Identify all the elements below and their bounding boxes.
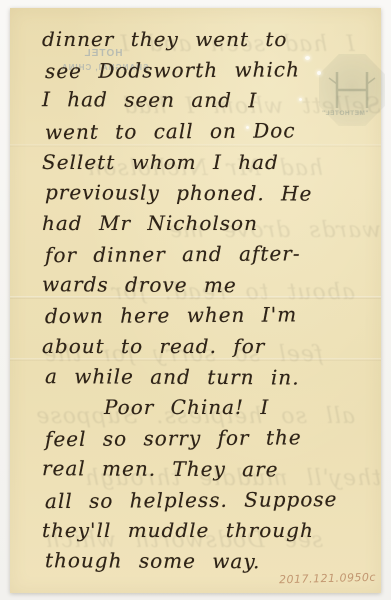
letter-photo: I had seen and I Sellett whom I had had … [0,0,391,600]
handwriting-line: went to call on Doc [45,115,367,148]
handwriting-line: Sellett whom I had [42,147,367,178]
handwriting-line: all so helpless. Suppose [45,483,367,516]
handwriting-line: about to read. for [42,331,367,362]
handwriting-line: for dinner and after- [45,238,367,271]
handwriting-line: they'll muddle through [42,515,367,546]
handwriting-line: feel so sorry for the [45,422,367,455]
handwriting-line: had Mr Nicholson [42,208,367,239]
letter-paper: I had seen and I Sellett whom I had had … [10,8,381,593]
handwriting-line: real men. They are [42,453,367,485]
handwriting-line: Poor China! I [104,392,367,423]
handwriting-line: a while and turn in. [45,361,367,393]
handwriting-line: I had seen and I [42,85,367,117]
catalog-number: 2017.121.0950c [279,571,376,587]
handwriting-line: wards drove me [42,269,367,301]
handwriting: dinner they went to see Dodsworth which … [10,8,381,593]
handwriting-line: dinner they went to [42,24,367,55]
handwriting-line: down here when I'm [45,299,367,332]
handwriting-line: see Dodsworth which [45,54,367,87]
handwriting-line: previously phoned. He [45,177,367,209]
